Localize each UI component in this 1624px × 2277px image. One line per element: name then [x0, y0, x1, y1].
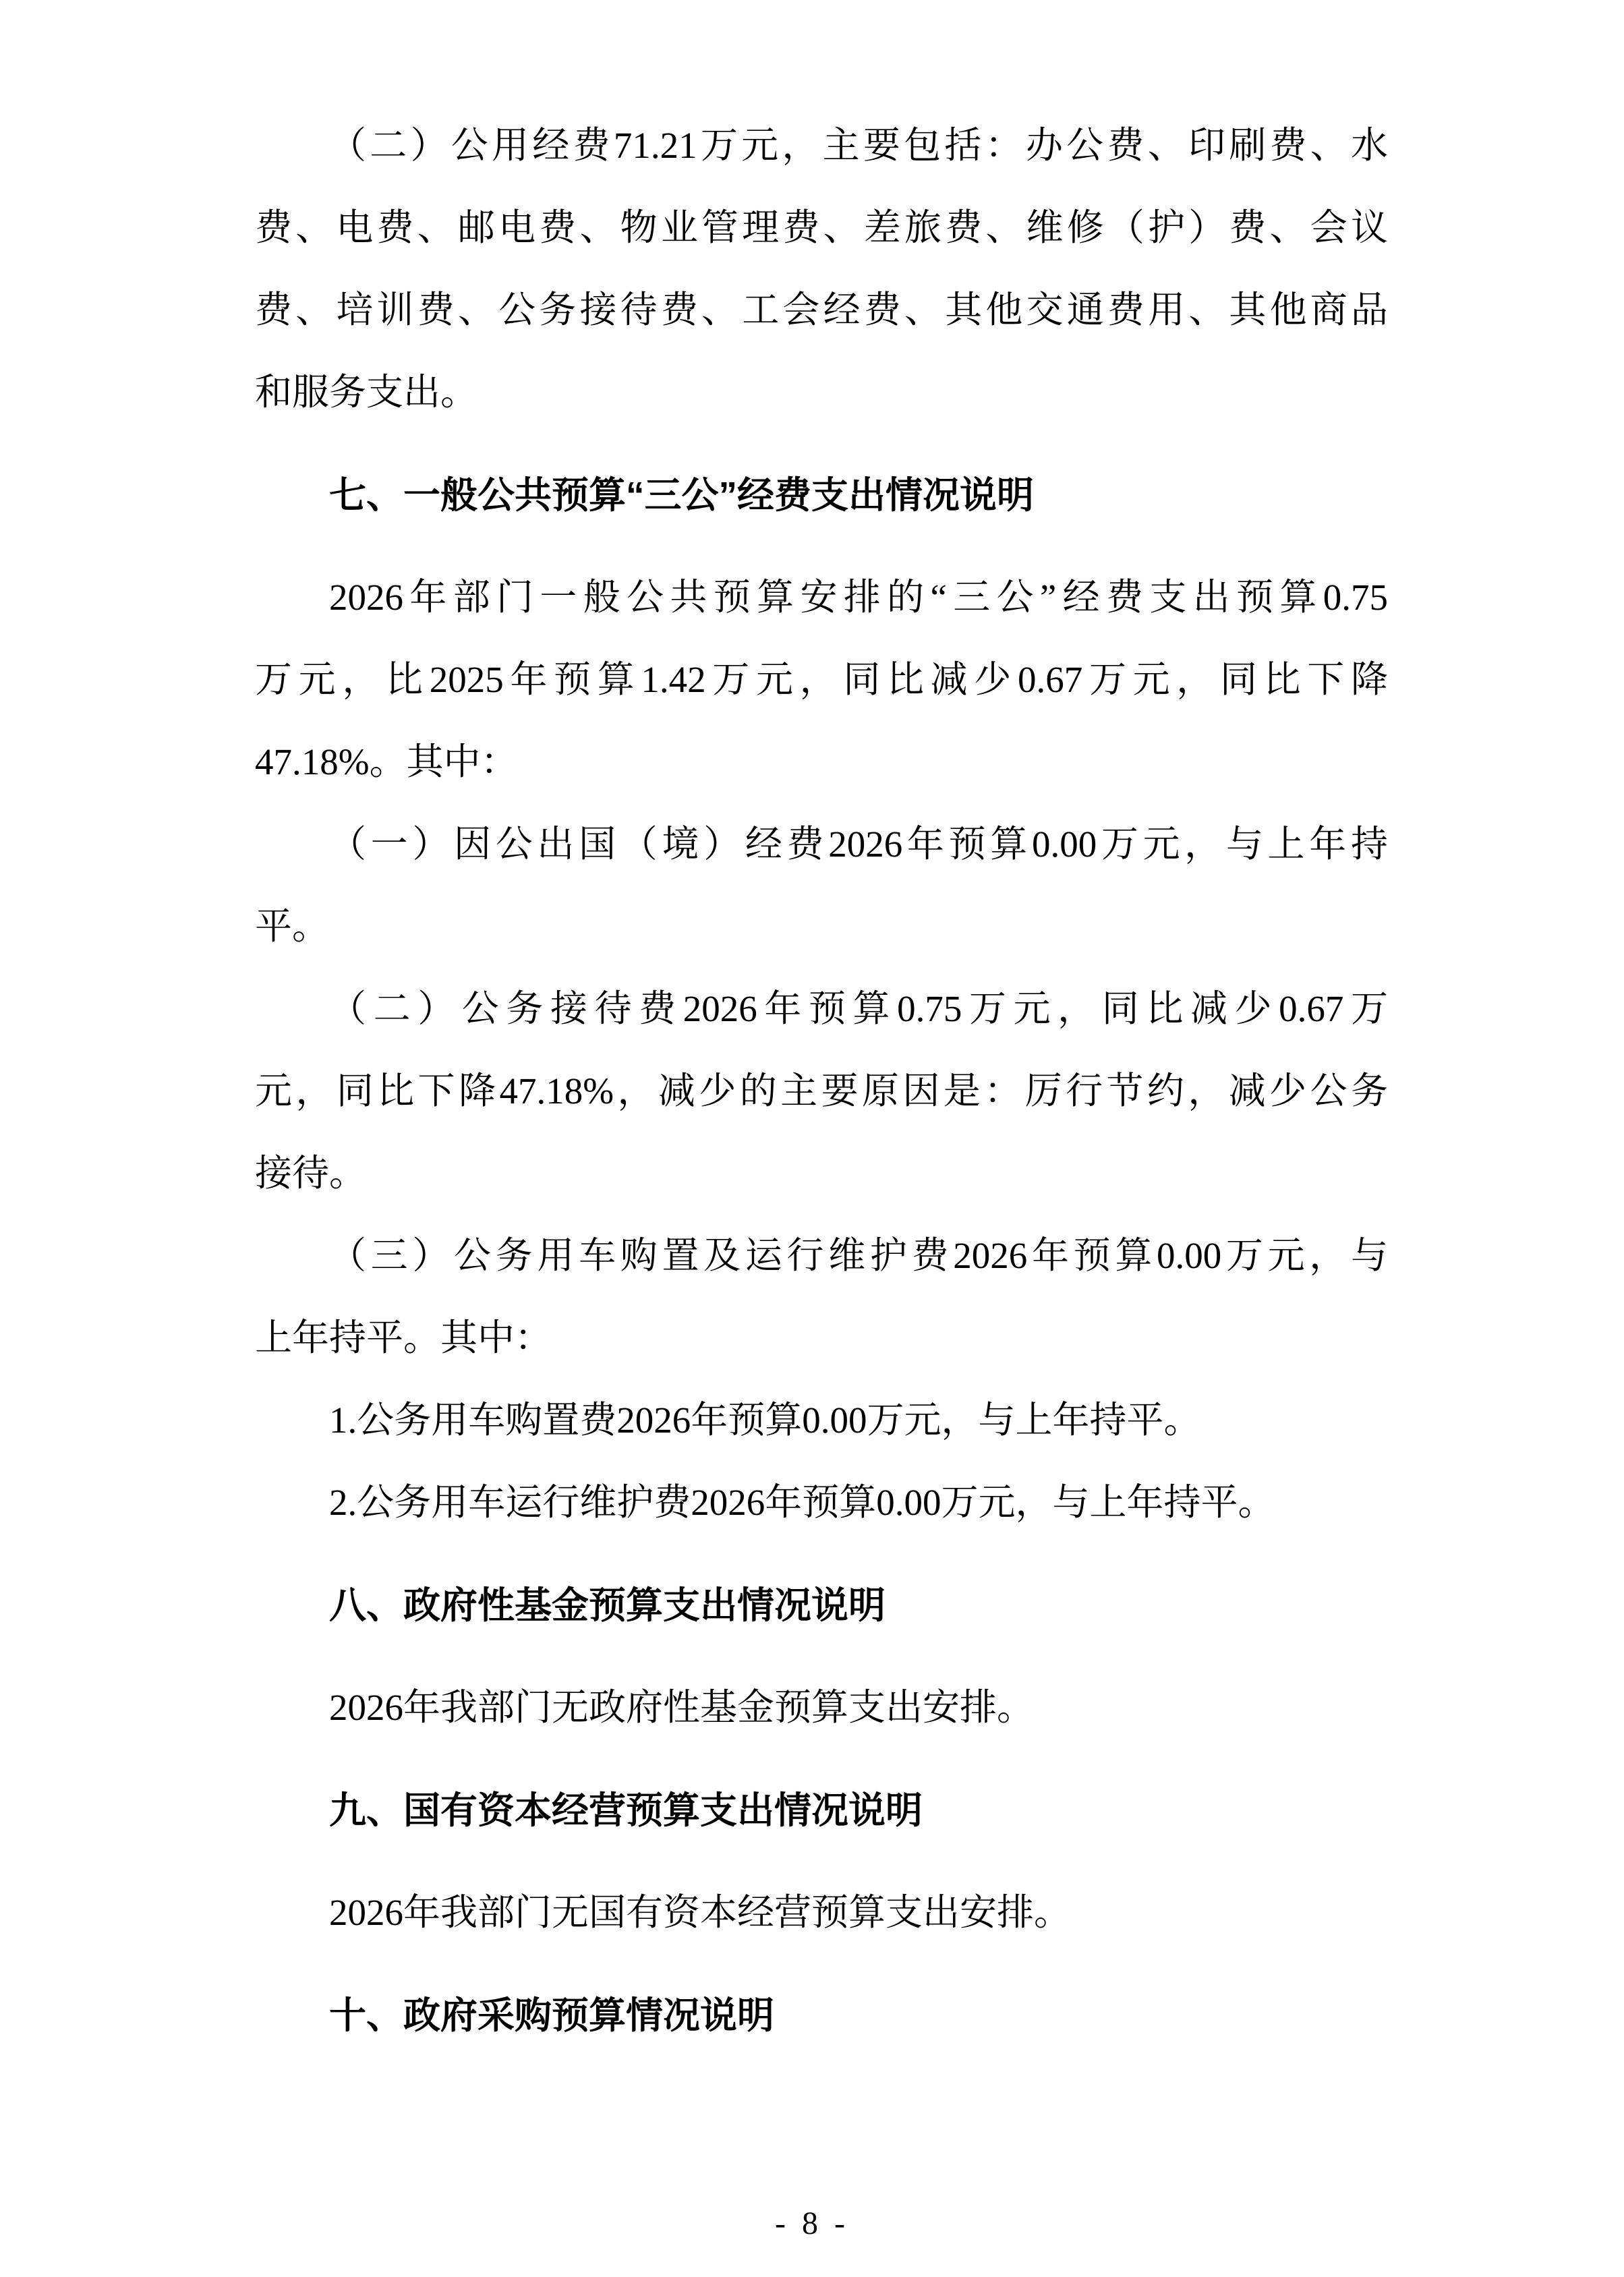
text-line: （三）公务用车购置及运行维护费2026年预算0.00万元，与: [255, 1215, 1388, 1297]
section7-heading: 七、一般公共预算“三公”经费支出情况说明: [255, 454, 1388, 536]
text-line: 47.18%。其中：: [255, 721, 1388, 803]
text-line: 2026年我部门无国有资本经营预算支出安排。: [255, 1872, 1388, 1954]
section7-item3-paragraph: （三）公务用车购置及运行维护费2026年预算0.00万元，与 上年持平。其中：: [255, 1215, 1388, 1379]
section7-subitem1-paragraph: 1.公务用车购置费2026年预算0.00万元，与上年持平。: [255, 1379, 1388, 1462]
text-line: 2026年部门一般公共预算安排的“三公”经费支出预算0.75: [255, 556, 1388, 639]
text-line: 接待。: [255, 1132, 1388, 1215]
text-line: 2026年我部门无政府性基金预算支出安排。: [255, 1667, 1388, 1749]
text-line: （二）公务接待费2026年预算0.75万元，同比减少0.67万: [255, 968, 1388, 1050]
paragraph-public-expense: （二）公用经费71.21万元，主要包括：办公费、印刷费、水 费、电费、邮电费、物…: [255, 105, 1388, 434]
section8-heading: 八、政府性基金预算支出情况说明: [255, 1564, 1388, 1646]
text-line: 2.公务用车运行维护费2026年预算0.00万元，与上年持平。: [255, 1462, 1388, 1544]
text-line: 费、电费、邮电费、物业管理费、差旅费、维修（护）费、会议: [255, 187, 1388, 269]
text-line: 和服务支出。: [255, 351, 1388, 434]
section9-heading: 九、国有资本经营预算支出情况说明: [255, 1769, 1388, 1851]
section7-item1-paragraph: （一）因公出国（境）经费2026年预算0.00万元，与上年持 平。: [255, 803, 1388, 968]
section10-heading: 十、政府采购预算情况说明: [255, 1974, 1388, 2056]
document-page: （二）公用经费71.21万元，主要包括：办公费、印刷费、水 费、电费、邮电费、物…: [0, 0, 1624, 2277]
text-line: 元，同比下降47.18%，减少的主要原因是：厉行节约，减少公务: [255, 1050, 1388, 1132]
text-line: 费、培训费、公务接待费、工会经费、其他交通费用、其他商品: [255, 269, 1388, 351]
section8-body-paragraph: 2026年我部门无政府性基金预算支出安排。: [255, 1667, 1388, 1749]
text-line: 上年持平。其中：: [255, 1297, 1388, 1379]
text-line: 平。: [255, 886, 1388, 968]
section7-item2-paragraph: （二）公务接待费2026年预算0.75万元，同比减少0.67万 元，同比下降47…: [255, 968, 1388, 1215]
section9-body-paragraph: 2026年我部门无国有资本经营预算支出安排。: [255, 1872, 1388, 1954]
text-line: （二）公用经费71.21万元，主要包括：办公费、印刷费、水: [255, 105, 1388, 187]
page-number: - 8 -: [0, 2205, 1624, 2242]
section7-intro-paragraph: 2026年部门一般公共预算安排的“三公”经费支出预算0.75 万元，比2025年…: [255, 556, 1388, 803]
text-line: 1.公务用车购置费2026年预算0.00万元，与上年持平。: [255, 1379, 1388, 1462]
text-line: （一）因公出国（境）经费2026年预算0.00万元，与上年持: [255, 803, 1388, 886]
section7-subitem2-paragraph: 2.公务用车运行维护费2026年预算0.00万元，与上年持平。: [255, 1462, 1388, 1544]
text-line: 万元，比2025年预算1.42万元，同比减少0.67万元，同比下降: [255, 639, 1388, 721]
